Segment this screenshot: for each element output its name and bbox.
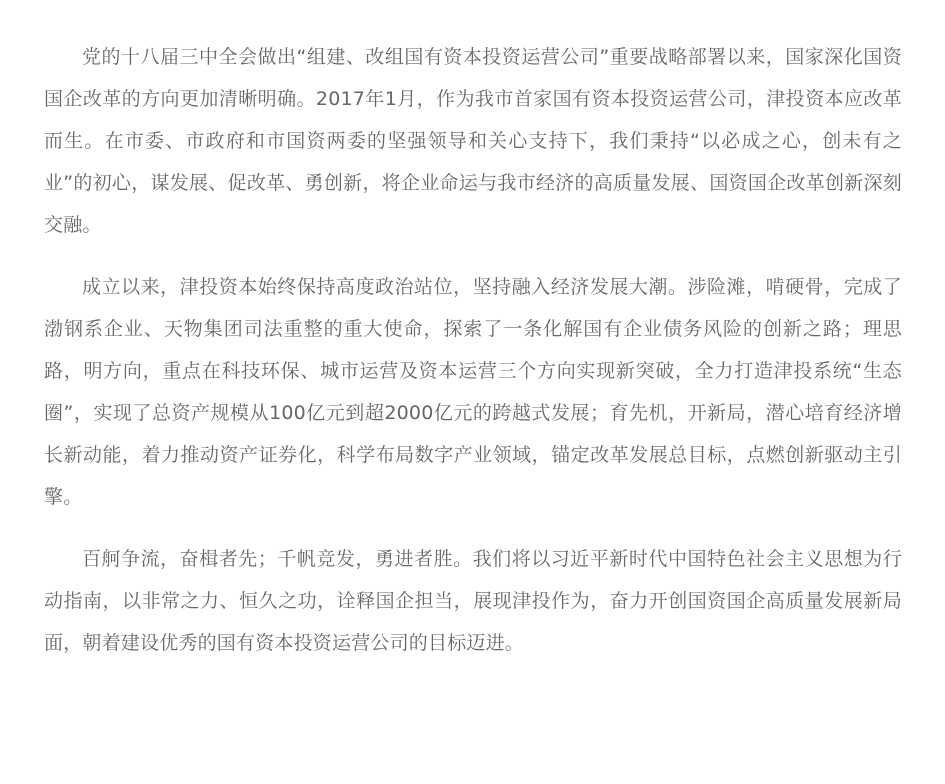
article-body: 党的十八届三中全会做出“组建、改组国有资本投资运营公司”重要战略部署以来，国家深… — [44, 36, 902, 684]
paragraph-outlook: 百舸争流，奋楫者先；千帆竞发，勇进者胜。我们将以习近平新时代中国特色社会主义思想… — [44, 538, 902, 664]
paragraph-achievements: 成立以来，津投资本始终保持高度政治站位，坚持融入经济发展大潮。涉险滩，啃硬骨，完… — [44, 266, 902, 518]
paragraph-intro: 党的十八届三中全会做出“组建、改组国有资本投资运营公司”重要战略部署以来，国家深… — [44, 36, 902, 246]
